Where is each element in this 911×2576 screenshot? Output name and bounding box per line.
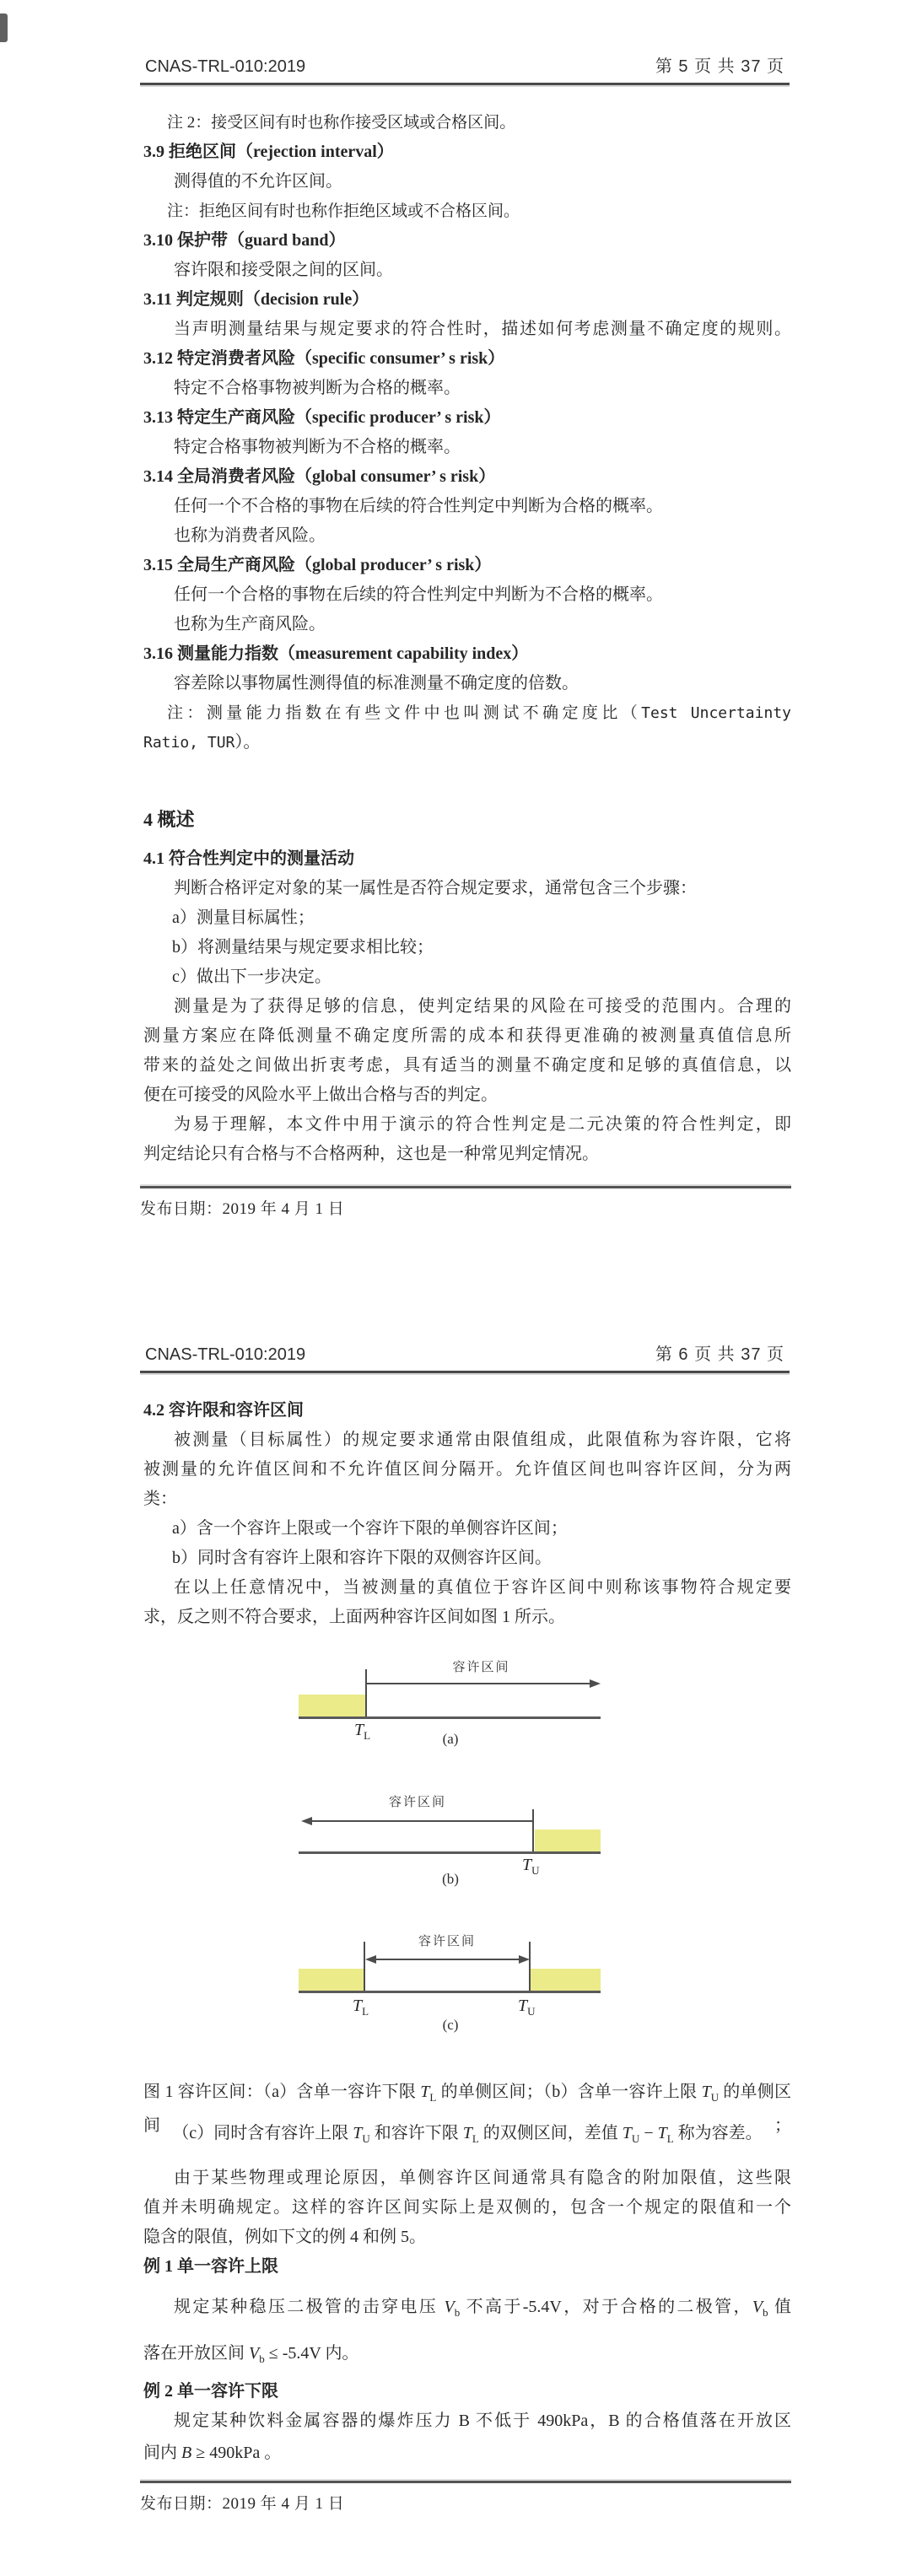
page-6: CNAS-TRL-010:2019 第 6 页 共 37 页 4.2 容许限和容… <box>0 1288 911 2576</box>
document-id: CNAS-TRL-010:2019 <box>145 1344 305 1366</box>
heading-3-10: 3.10 保护带（guard band） <box>143 226 791 256</box>
scanned-document: CNAS-TRL-010:2019 第 5 页 共 37 页 注 2：接受区间有… <box>0 0 911 2576</box>
t-subscript: U <box>527 2005 535 2018</box>
footer-rule <box>140 1186 791 1188</box>
heading-3-13: 3.13 特定生产商风险（specific producer’ s risk） <box>143 403 791 433</box>
page-6-content: 4.2 容许限和容许区间 被测量（目标属性）的规定要求通常由限值组成，此限值称为… <box>143 1396 791 2468</box>
para-4-1-2-line-1: 测量是为了获得足够的信息，使判定结果的风险在可接受的范围内。合理的 <box>143 992 791 1021</box>
page-footer: 发布日期：2019 年 4 月 1 日 <box>140 2481 791 2514</box>
t-subscript: L <box>362 2005 369 2018</box>
list-item-c: c）做出下一步决定。 <box>143 962 791 992</box>
para-4-2-1-line-2: 被测量的允许值区间和不允许值区间分隔开。允许值区间也叫容许区间，分为两 <box>143 1455 791 1485</box>
para-4-1-2-line-4: 便在可接受的风险水平上做出合格与否的判定。 <box>143 1081 791 1110</box>
nonconforming-band-left <box>299 1969 364 1992</box>
para-3-10: 容许限和接受限之间的区间。 <box>143 256 791 285</box>
page-number: 第 6 页 共 37 页 <box>655 1344 784 1366</box>
interval-label: 容许区间 <box>364 1935 530 1948</box>
page-number: 第 5 页 共 37 页 <box>655 56 784 78</box>
lower-limit-tick <box>364 1942 365 1992</box>
interval-arrow-line <box>312 1820 533 1822</box>
axis-baseline <box>299 1991 601 1993</box>
nonconforming-band <box>535 1830 601 1853</box>
page-5-content: 注 2：接受区间有时也称作接受区域或合格区间。 3.9 拒绝区间（rejecti… <box>143 108 791 1169</box>
para-3-15-b: 也称为生产商风险。 <box>143 610 791 639</box>
example-1-line-1: 规定某种稳压二极管的击穿电压 Vb 不高于-5.4V，对于合格的二极管，Vb 值 <box>143 2293 791 2322</box>
example-2-line-2: 间内 B ≥ 490kPa 。 <box>143 2439 791 2468</box>
para-4-1-3-line-1: 为易于理解，本文件中用于演示的符合性判定是二元决策的符合性判定，即 <box>143 1110 791 1140</box>
page-5: CNAS-TRL-010:2019 第 5 页 共 37 页 注 2：接受区间有… <box>0 0 911 1288</box>
arrowhead-right-icon <box>590 1679 601 1688</box>
list-item-a: a）含一个容许上限或一个容许下限的单侧容许区间； <box>143 1514 791 1544</box>
para-4-1-2-line-2: 测量方案应在降低测量不确定度所需的成本和获得更准确的被测量真值信息所 <box>143 1021 791 1051</box>
example-1-heading: 例 1 单一容许上限 <box>143 2252 791 2282</box>
limit-label-tl: TL <box>353 1997 369 2014</box>
example-2-line-1: 规定某种饮料金属容器的爆炸压力 B 不低于 490kPa，B 的合格值落在开放区 <box>143 2406 791 2436</box>
para-3-16: 容差除以事物属性测得值的标准测量不确定度的倍数。 <box>143 669 791 698</box>
list-item-b: b）同时含有容许上限和容许下限的双侧容许区间。 <box>143 1544 791 1573</box>
para-4-2-2-line-2: 求，反之则不符合要求，上面两种容许区间如图 1 所示。 <box>143 1603 791 1632</box>
subfigure-label-a: (a) <box>299 1732 602 1747</box>
axis-baseline <box>299 1851 601 1854</box>
para-4-1-intro: 判断合格评定对象的某一属性是否符合规定要求，通常包含三个步骤： <box>143 874 791 903</box>
header-rule <box>140 83 790 85</box>
example-2-heading: 例 2 单一容许下限 <box>143 2377 791 2406</box>
publish-date: 发布日期：2019 年 4 月 1 日 <box>140 2491 791 2514</box>
header-rule <box>140 1371 790 1373</box>
limit-label-tu: TU <box>522 1857 540 1873</box>
heading-3-9: 3.9 拒绝区间（rejection interval） <box>143 137 791 167</box>
para-3-12: 特定不合格事物被判断为合格的概率。 <box>143 374 791 403</box>
heading-3-11: 3.11 判定规则（decision rule） <box>143 285 791 315</box>
note-3-16-line-2: Ratio, TUR）。 <box>143 728 791 757</box>
example-1-line-2: 落在开放区间 Vb ≤ -5.4V 内。 <box>143 2339 791 2369</box>
page-header: CNAS-TRL-010:2019 第 5 页 共 37 页 <box>145 56 784 78</box>
subfigure-label-b: (b) <box>299 1872 602 1887</box>
para-3-13: 特定合格事物被判断为不合格的概率。 <box>143 433 791 462</box>
note-3-9: 注：拒绝区间有时也称作拒绝区域或不合格区间。 <box>143 197 791 226</box>
list-item-b: b）将测量结果与规定要求相比较； <box>143 933 791 962</box>
heading-4-1: 4.1 符合性判定中的测量活动 <box>143 844 791 874</box>
heading-4-2: 4.2 容许限和容许区间 <box>143 1396 791 1425</box>
t-symbol: T <box>353 1997 362 2015</box>
interval-label: 容许区间 <box>302 1796 533 1809</box>
figure-1b-upper-limit-diagram: 容许区间 TU (b) <box>299 1794 602 1889</box>
figure-1a-lower-limit-diagram: 容许区间 TL (a) <box>299 1661 602 1749</box>
subfigure-label-c: (c) <box>299 2018 602 2033</box>
figure-1-caption-line-2: （c）同时含有容许上限 TU 和容许下限 TL 的双侧区间，差值 TU − TL… <box>143 2116 791 2150</box>
nonconforming-band <box>299 1695 365 1718</box>
document-id: CNAS-TRL-010:2019 <box>145 56 305 78</box>
para-3-14-a: 任何一个不合格的事物在后续的符合性判定中判断为合格的概率。 <box>143 492 791 521</box>
t-symbol: T <box>518 1997 527 2015</box>
para-4-2-3-line-3: 隐含的限值，例如下文的例 4 和例 5。 <box>143 2223 791 2252</box>
para-4-1-3-line-2: 判定结论只有合格与不合格两种，这也是一种常见判定情况。 <box>143 1140 791 1169</box>
nonconforming-band-right <box>531 1969 601 1992</box>
para-3-15-a: 任何一个合格的事物在后续的符合性判定中判断为不合格的概率。 <box>143 580 791 610</box>
heading-3-15: 3.15 全局生产商风险（global producer’ s risk） <box>143 551 791 580</box>
heading-3-14: 3.14 全局消费者风险（global consumer’ s risk） <box>143 462 791 492</box>
interval-arrow-line <box>376 1959 519 1960</box>
limit-tick <box>532 1809 534 1853</box>
para-4-2-2-line-1: 在以上任意情况中，当被测量的真值位于容许区间中则称该事物符合规定要 <box>143 1573 791 1603</box>
publish-date: 发布日期：2019 年 4 月 1 日 <box>140 1196 791 1219</box>
para-3-11: 当声明测量结果与规定要求的符合性时，描述如何考虑测量不确定度的规则。 <box>143 315 791 344</box>
note-3-16-line-1: 注：测量能力指数在有些文件中也叫测试不确定度比（Test Uncertainty <box>143 698 791 728</box>
arrowhead-left-icon <box>301 1817 312 1825</box>
interval-arrow-line <box>366 1683 590 1684</box>
note-2: 注 2：接受区间有时也称作接受区域或合格区间。 <box>143 108 791 137</box>
heading-4: 4 概述 <box>143 805 791 834</box>
heading-3-12: 3.12 特定消费者风险（specific consumer’ s risk） <box>143 344 791 374</box>
figure-1-caption-line-1: 图 1 容许区间：（a）含单一容许下限 TL 的单侧区间；（b）含单一容许上限 … <box>143 2075 791 2109</box>
axis-baseline <box>299 1716 601 1719</box>
figure-1c-two-sided-diagram: 容许区间 TL TU (c) <box>299 1935 602 2033</box>
para-4-2-1-line-1: 被测量（目标属性）的规定要求通常由限值组成，此限值称为容许限，它将 <box>143 1425 791 1455</box>
page-footer: 发布日期：2019 年 4 月 1 日 <box>140 1186 791 1219</box>
page-header: CNAS-TRL-010:2019 第 6 页 共 37 页 <box>145 1344 784 1366</box>
limit-label-tu: TU <box>518 1997 536 2014</box>
para-3-9: 测得值的不允许区间。 <box>143 167 791 197</box>
para-3-14-b: 也称为消费者风险。 <box>143 521 791 551</box>
list-item-a: a）测量目标属性； <box>143 903 791 933</box>
footer-rule <box>140 2481 791 2483</box>
para-4-2-1-line-3: 类： <box>143 1485 791 1514</box>
arrowhead-left-icon <box>365 1955 376 1964</box>
interval-label: 容许区间 <box>366 1661 596 1674</box>
para-4-1-2-line-3: 带来的益处之间做出折衷考虑，具有适当的测量不确定度和足够的真值信息，以 <box>143 1051 791 1081</box>
limit-tick <box>365 1669 367 1719</box>
para-4-2-3-line-1: 由于某些物理或理论原因，单侧容许区间通常具有隐含的附加限值，这些限 <box>143 2164 791 2193</box>
para-4-2-3-line-2: 值并未明确规定。这样的容许区间实际上是双侧的，包含一个规定的限值和一个 <box>143 2193 791 2223</box>
heading-3-16: 3.16 测量能力指数（measurement capability index… <box>143 639 791 669</box>
